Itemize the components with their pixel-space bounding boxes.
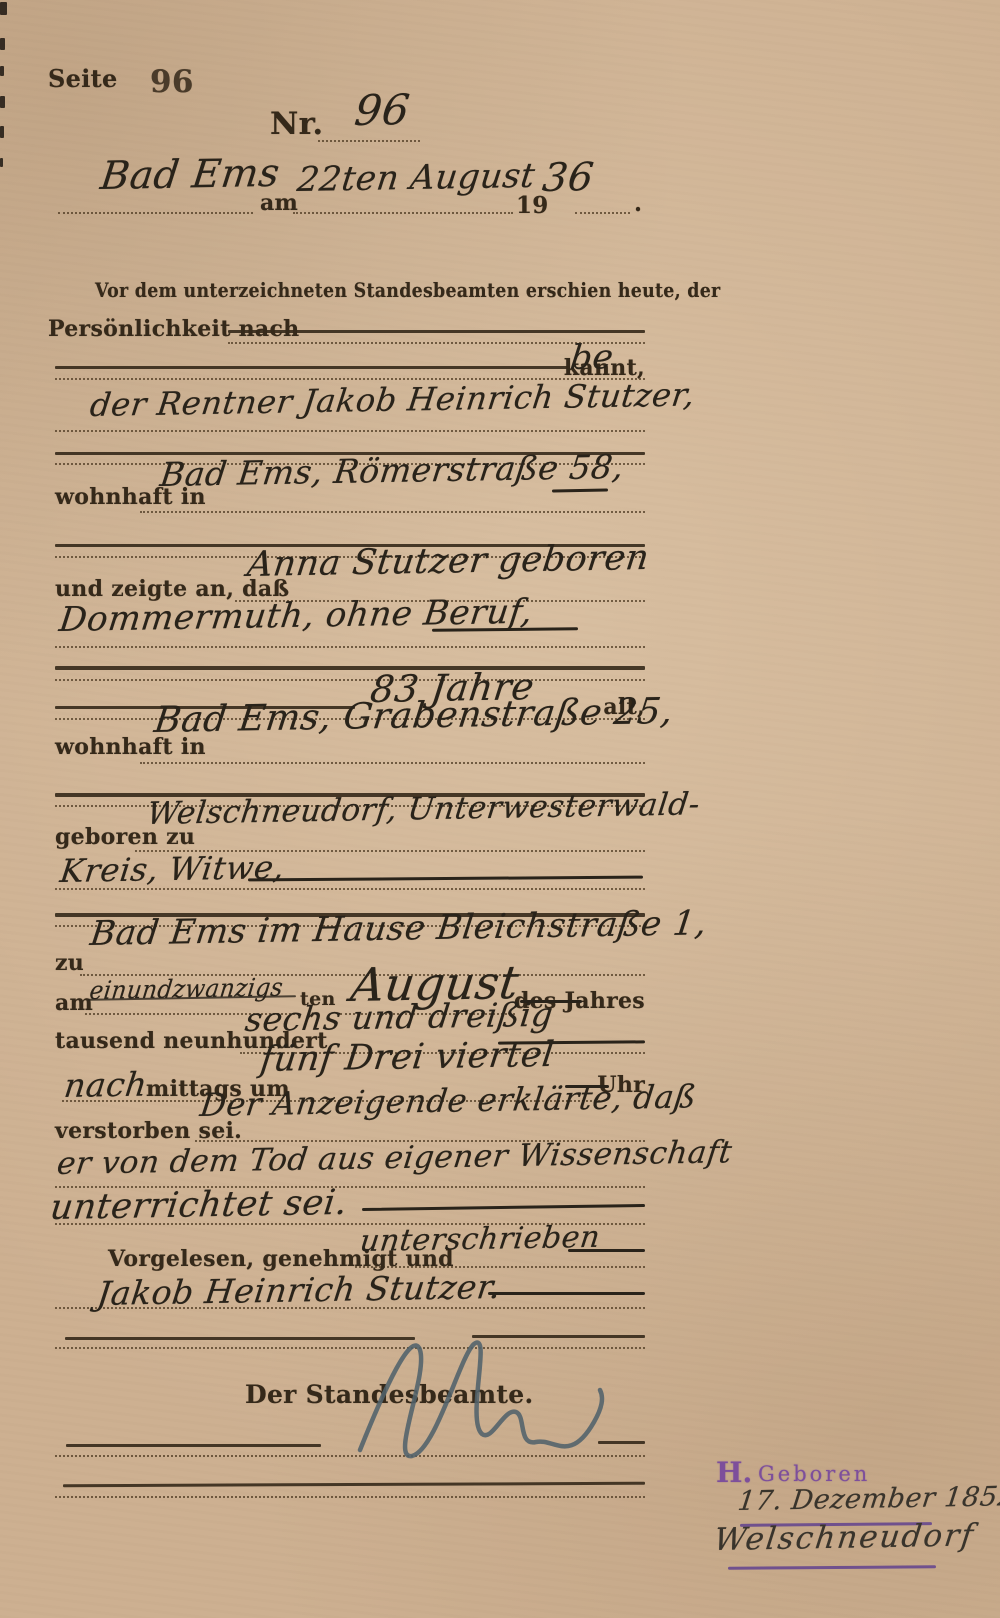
be-handwritten: be — [568, 337, 616, 378]
birth-place-handwritten: Welschneudorf — [712, 1517, 977, 1558]
scan-artifact — [0, 126, 4, 138]
signatory-name-handwritten: Jakob Heinrich Stutzer. — [95, 1267, 503, 1313]
death-record-page: Seite 96 Nr. 96 Bad Ems am 22ten August … — [0, 0, 1000, 1618]
guide-dots — [140, 762, 645, 764]
birth-stamp-prefix: H. — [716, 1456, 752, 1489]
scan-artifact — [0, 38, 5, 50]
page-label: Seite — [48, 64, 118, 93]
deceased-name2-handwritten: Dommermuth, ohne Beruf, — [57, 592, 535, 640]
zu-label: zu — [55, 950, 84, 976]
form-rule — [55, 666, 645, 670]
death-year-words-handwritten: sechs und dreißig — [243, 995, 555, 1039]
record-number-label: Nr. — [270, 106, 324, 142]
birth-date-handwritten: 17. Dezember 1852 — [736, 1481, 1000, 1517]
scan-artifact — [0, 2, 7, 15]
birthplace2-handwritten: Kreis, Witwe, — [58, 848, 287, 890]
handwritten-filler-stroke — [248, 876, 643, 882]
year-handwritten: 36 — [540, 155, 596, 201]
unterschrieben-handwritten: unterschrieben — [358, 1220, 602, 1259]
form-rule — [66, 1444, 321, 1447]
dateline-period: . — [634, 190, 642, 217]
scan-artifact — [0, 96, 5, 108]
guide-dots — [293, 212, 513, 214]
guide-dots — [140, 511, 645, 513]
deceased-residence-handwritten: Bad Ems, Grabenstraße 25, — [152, 691, 676, 741]
guide-dots — [58, 212, 253, 214]
handwritten-filler-stroke — [552, 489, 608, 493]
guide-dots — [55, 679, 645, 681]
official-signature — [338, 1318, 628, 1483]
guide-dots — [55, 646, 645, 648]
registration-place-handwritten: Bad Ems — [98, 151, 282, 199]
stamp-underline — [728, 1565, 936, 1569]
scan-artifact — [0, 66, 4, 76]
persoenlichkeit-label: Persönlichkeit nach — [48, 316, 299, 342]
handwritten-filler-stroke — [362, 1204, 645, 1211]
declaration3-handwritten: unterrichtet sei. — [48, 1183, 350, 1228]
scan-artifact — [0, 158, 3, 167]
registration-date-handwritten: 22ten August — [295, 156, 537, 200]
declarant-residence-handwritten: Bad Ems, Römerstraße 58, — [158, 447, 626, 494]
guide-dots — [55, 1496, 645, 1498]
nach-handwritten: nach — [62, 1065, 150, 1105]
record-number-value: 96 — [352, 85, 413, 135]
death-time-handwritten: fünf Drei viertel — [258, 1035, 556, 1080]
form-rule — [55, 366, 570, 369]
death-place-handwritten: Bad Ems im Hause Bleichstraße 1, — [88, 903, 709, 954]
declaration1-handwritten: Der Anzeigende erklärte, daß — [198, 1077, 699, 1124]
declarant-handwritten: der Rentner Jakob Heinrich Stutzer, — [88, 375, 697, 424]
page-number: 96 — [150, 64, 194, 100]
birth-stamp-label: Geboren — [758, 1462, 870, 1486]
intro-line: Vor dem unterzeichneten Standesbeamten e… — [95, 278, 720, 302]
deceased-name-handwritten: Anna Stutzer geboren — [245, 538, 651, 585]
handwritten-filler-stroke — [568, 1249, 645, 1252]
handwritten-filler-stroke — [488, 1292, 645, 1295]
guide-dots — [575, 212, 630, 214]
guide-dots — [55, 430, 645, 432]
guide-dots — [318, 140, 420, 142]
